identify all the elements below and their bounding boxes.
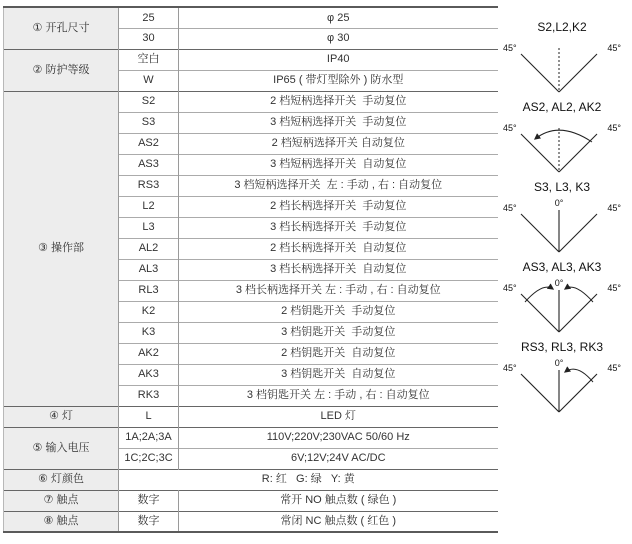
angle-label-center: 0° [555, 358, 564, 368]
return-arrow-left [535, 130, 592, 142]
datasheet-page: ① 开孔尺寸 25 φ 25 30 φ 30 ② 防护等级 空白 IP40 W … [0, 0, 632, 544]
table-row: ① 开孔尺寸 25 φ 25 [4, 7, 498, 28]
table-row: ④ 灯 L LED 灯 [4, 406, 498, 427]
desc-cell: IP65 ( 带灯型除外 ) 防水型 [179, 70, 498, 91]
desc-cell: 2 档长柄选择开关 自动复位 [179, 238, 498, 259]
category-cell: ④ 灯 [4, 406, 119, 427]
fan-diagram-3pos-auto: 0° 45° 45° [500, 276, 624, 336]
code-cell: 1C;2C;3C [119, 448, 179, 469]
angle-label-left: 45° [503, 43, 517, 53]
return-arrow-from-right [565, 287, 593, 302]
diagram-title: S3, L3, K3 [498, 180, 626, 194]
desc-cell: φ 30 [179, 28, 498, 49]
table-row: ⑧ 触点 数字 常闭 NC 触点数 ( 红色 ) [4, 511, 498, 532]
category-cell: ⑧ 触点 [4, 511, 119, 532]
angle-label-right: 45° [607, 203, 621, 213]
angle-diagrams-column: S2,L2,K2 45° 45° AS2, AL2, AK2 45° 45° [498, 2, 628, 420]
diagram-title: S2,L2,K2 [498, 20, 626, 34]
angle-label-left: 45° [503, 363, 517, 373]
spec-table: ① 开孔尺寸 25 φ 25 30 φ 30 ② 防护等级 空白 IP40 W … [3, 6, 498, 533]
table-row: ⑦ 触点 数字 常开 NO 触点数 ( 绿色 ) [4, 490, 498, 511]
diagram-as3-al3-ak3: AS3, AL3, AK3 0° 45° 45° [498, 260, 626, 336]
category-cell: ⑤ 输入电压 [4, 427, 119, 469]
desc-cell: 3 档长柄选择开关 自动复位 [179, 259, 498, 280]
desc-cell: 3 档钥匙开关 左 : 手动 , 右 : 自动复位 [179, 385, 498, 406]
desc-cell: φ 25 [179, 7, 498, 28]
code-cell: AL3 [119, 259, 179, 280]
angle-label-center: 0° [555, 198, 564, 208]
desc-cell: 3 档短柄选择开关 左 : 手动 , 右 : 自动复位 [179, 175, 498, 196]
angle-label-right: 45° [607, 283, 621, 293]
desc-cell: 3 档钥匙开关 自动复位 [179, 364, 498, 385]
fan-diagram-3pos-right-auto: 0° 45° 45° [500, 356, 624, 416]
desc-cell: 110V;220V;230VAC 50/60 Hz [179, 427, 498, 448]
table-row: ⑥ 灯颜色 R: 红 G: 绿 Y: 黄 [4, 469, 498, 490]
return-arrow-from-left [525, 287, 553, 302]
code-cell: K2 [119, 301, 179, 322]
return-arrow-from-right [565, 369, 593, 382]
code-cell: RL3 [119, 280, 179, 301]
code-cell: RK3 [119, 385, 179, 406]
diagram-s3-l3-k3: S3, L3, K3 0° 45° 45° [498, 180, 626, 256]
fan-diagram-3pos-manual: 0° 45° 45° [500, 196, 624, 256]
code-cell: AL2 [119, 238, 179, 259]
code-cell: L2 [119, 196, 179, 217]
diagram-title: AS2, AL2, AK2 [498, 100, 626, 114]
desc-cell: 6V;12V;24V AC/DC [179, 448, 498, 469]
angle-label-center: 0° [555, 278, 564, 288]
desc-cell: 3 档短柄选择开关 自动复位 [179, 154, 498, 175]
diagram-rs3-rl3-rk3: RS3, RL3, RK3 0° 45° 45° [498, 340, 626, 416]
diagram-title: RS3, RL3, RK3 [498, 340, 626, 354]
code-cell: L [119, 406, 179, 427]
angle-label-left: 45° [503, 283, 517, 293]
category-cell: ⑥ 灯颜色 [4, 469, 119, 490]
desc-cell: 常开 NO 触点数 ( 绿色 ) [179, 490, 498, 511]
angle-label-right: 45° [607, 43, 621, 53]
code-cell: AK2 [119, 343, 179, 364]
diagram-as2-al2-ak2: AS2, AL2, AK2 45° 45° [498, 100, 626, 176]
code-cell: 数字 [119, 511, 179, 532]
table-row: ⑤ 输入电压 1A;2A;3A 110V;220V;230VAC 50/60 H… [4, 427, 498, 448]
category-cell: ⑦ 触点 [4, 490, 119, 511]
code-cell: 25 [119, 7, 179, 28]
desc-cell: 2 档短柄选择开关 手动复位 [179, 91, 498, 112]
category-cell: ③ 操作部 [4, 91, 119, 406]
code-cell: RS3 [119, 175, 179, 196]
fan-diagram-2pos-manual: 45° 45° [500, 36, 624, 96]
code-cell: 1A;2A;3A [119, 427, 179, 448]
diagram-title: AS3, AL3, AK3 [498, 260, 626, 274]
desc-cell: LED 灯 [179, 406, 498, 427]
code-cell: S2 [119, 91, 179, 112]
diagram-s2-l2-k2: S2,L2,K2 45° 45° [498, 20, 626, 96]
code-cell: 数字 [119, 490, 179, 511]
fan-diagram-2pos-auto: 45° 45° [500, 116, 624, 176]
desc-cell: 2 档短柄选择开关 自动复位 [179, 133, 498, 154]
code-cell: 空白 [119, 49, 179, 70]
code-cell: S3 [119, 112, 179, 133]
angle-label-right: 45° [607, 123, 621, 133]
desc-cell: 3 档短柄选择开关 手动复位 [179, 112, 498, 133]
desc-cell: 3 档钥匙开关 手动复位 [179, 322, 498, 343]
desc-cell: IP40 [179, 49, 498, 70]
code-cell: 30 [119, 28, 179, 49]
code-cell: AS2 [119, 133, 179, 154]
desc-cell: 3 档长柄选择开关 手动复位 [179, 217, 498, 238]
category-cell: ② 防护等级 [4, 49, 119, 91]
desc-cell: 2 档钥匙开关 自动复位 [179, 343, 498, 364]
code-cell: K3 [119, 322, 179, 343]
desc-cell: 3 档长柄选择开关 左 : 手动 , 右 : 自动复位 [179, 280, 498, 301]
desc-cell: R: 红 G: 绿 Y: 黄 [119, 469, 498, 490]
angle-label-left: 45° [503, 123, 517, 133]
category-cell: ① 开孔尺寸 [4, 7, 119, 49]
desc-cell: 常闭 NC 触点数 ( 红色 ) [179, 511, 498, 532]
code-cell: W [119, 70, 179, 91]
table-row: ③ 操作部 S2 2 档短柄选择开关 手动复位 [4, 91, 498, 112]
code-cell: L3 [119, 217, 179, 238]
desc-cell: 2 档长柄选择开关 手动复位 [179, 196, 498, 217]
angle-label-left: 45° [503, 203, 517, 213]
desc-cell: 2 档钥匙开关 手动复位 [179, 301, 498, 322]
code-cell: AK3 [119, 364, 179, 385]
code-cell: AS3 [119, 154, 179, 175]
table-row: ② 防护等级 空白 IP40 [4, 49, 498, 70]
angle-label-right: 45° [607, 363, 621, 373]
